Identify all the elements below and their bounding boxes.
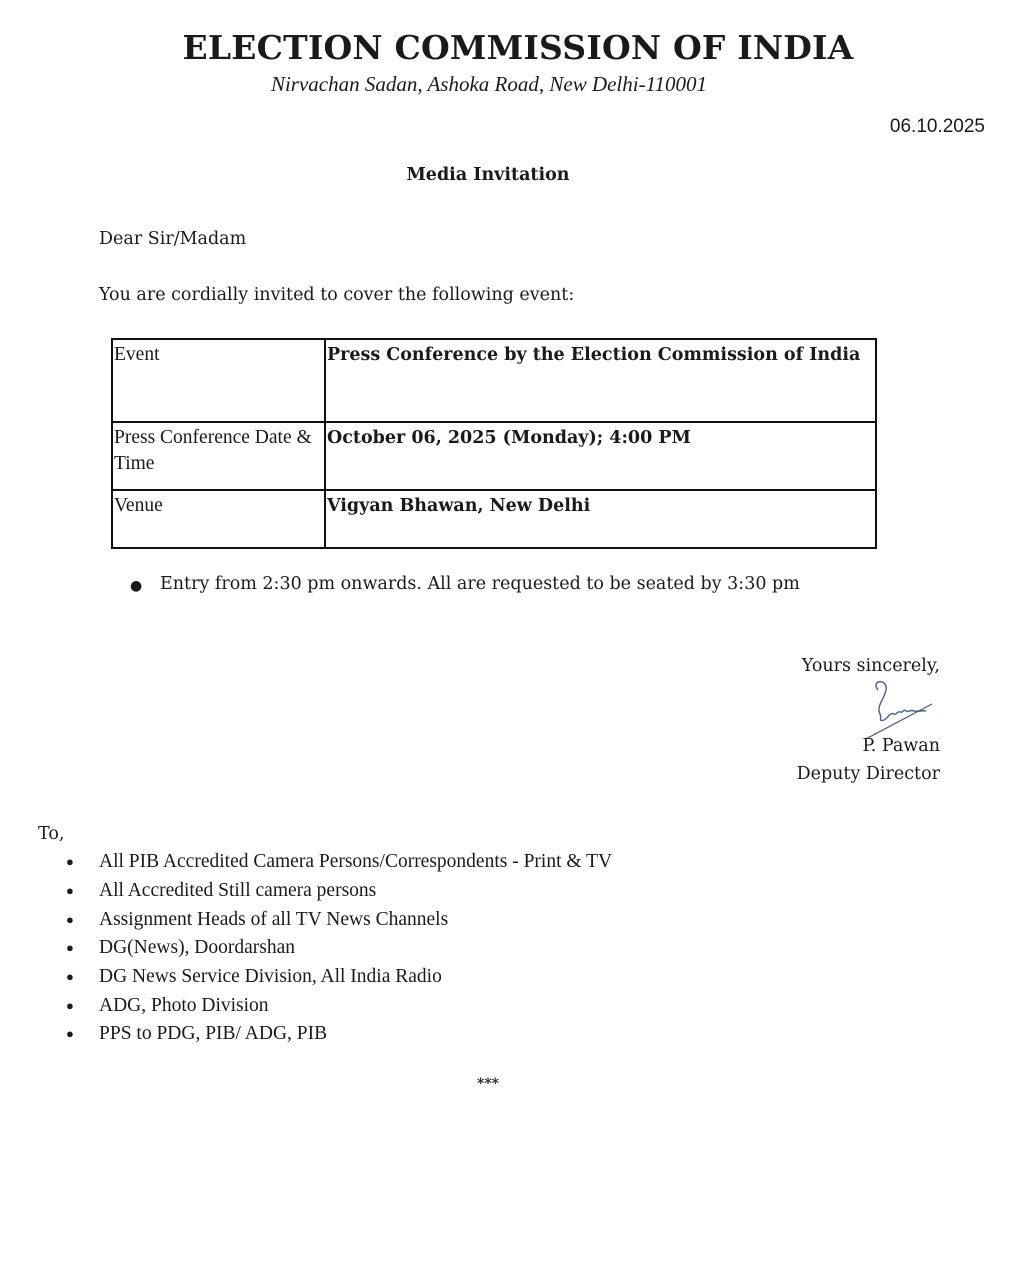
bullet-icon: ● [66,854,99,870]
bullet-icon: ● [66,998,99,1014]
bullet-icon: ● [66,912,99,928]
list-item: ●DG(News), Doordarshan [66,934,612,963]
event-value: Press Conference by the Election Commiss… [325,339,876,422]
list-item: ●PPS to PDG, PIB/ ADG, PIB [66,1020,612,1049]
table-row: Event Press Conference by the Election C… [112,339,876,422]
salutation: Dear Sir/Madam [99,229,246,249]
recipients-list: ●All PIB Accredited Camera Persons/Corre… [66,848,612,1049]
entry-note: ● Entry from 2:30 pm onwards. All are re… [130,574,800,598]
venue-value: Vigyan Bhawan, New Delhi [325,490,876,548]
venue-label: Venue [112,490,325,548]
bullet-icon: ● [66,1026,99,1042]
list-item: ●All Accredited Still camera persons [66,877,612,906]
bullet-icon: ● [66,940,99,956]
datetime-value: October 06, 2025 (Monday); 4:00 PM [325,422,876,490]
bullet-icon: ● [66,969,99,985]
table-row: Press Conference Date & Time October 06,… [112,422,876,490]
event-label: Event [112,339,325,422]
intro-text: You are cordially invited to cover the f… [99,285,574,305]
table-row: Venue Vigyan Bhawan, New Delhi [112,490,876,548]
handwritten-signature-icon [840,678,940,738]
signatory-name: P. Pawan [780,736,940,764]
recipients-heading: To, [38,824,64,844]
datetime-label: Press Conference Date & Time [112,422,325,490]
signatory-designation: Deputy Director [780,764,940,792]
document-title: Media Invitation [0,165,976,185]
event-details-table: Event Press Conference by the Election C… [111,338,877,549]
organization-name: ELECTION COMMISSION OF INDIA [0,28,1012,67]
bullet-icon: ● [66,883,99,899]
end-mark: *** [0,1076,976,1092]
list-item: ●DG News Service Division, All India Rad… [66,963,612,992]
entry-note-text: Entry from 2:30 pm onwards. All are requ… [160,574,800,598]
document-date: 06.10.2025 [890,116,985,138]
list-item: ●All PIB Accredited Camera Persons/Corre… [66,848,612,877]
organization-address: Nirvachan Sadan, Ashoka Road, New Delhi-… [0,72,978,97]
bullet-icon: ● [130,574,160,598]
list-item: ●Assignment Heads of all TV News Channel… [66,905,612,934]
list-item: ●ADG, Photo Division [66,991,612,1020]
